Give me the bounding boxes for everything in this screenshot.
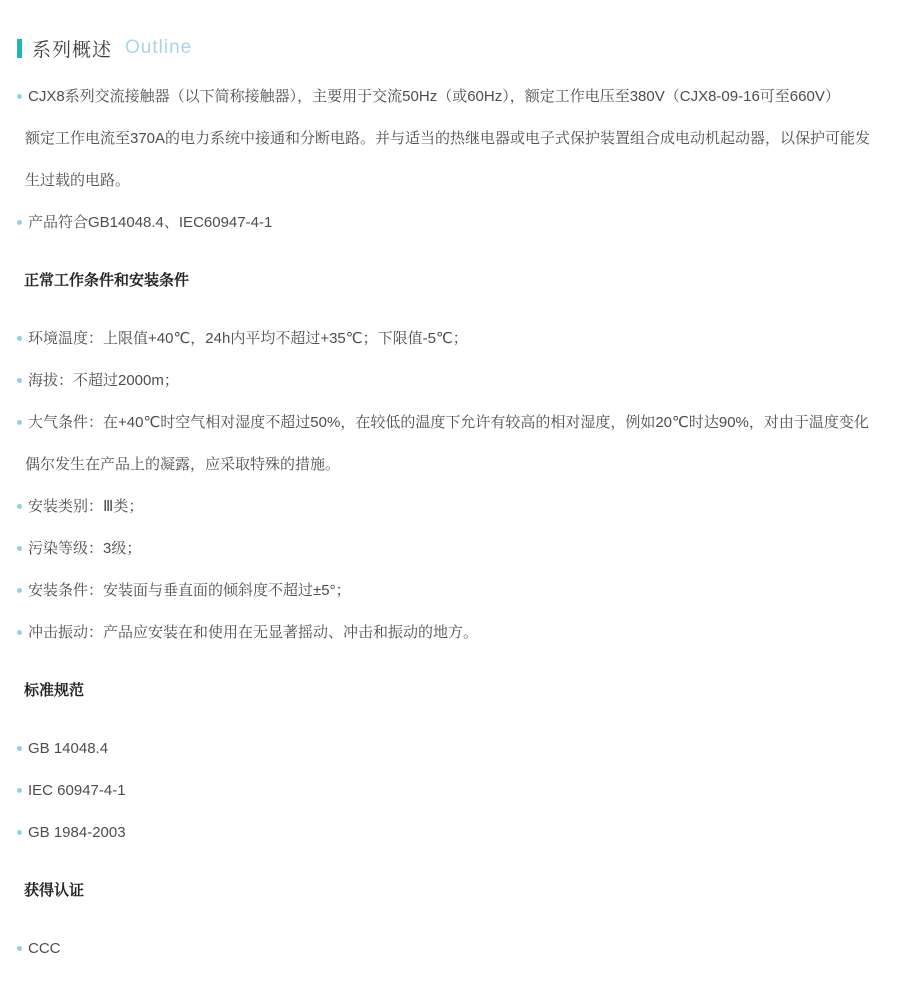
list-item: 冲击振动：产品应安装在和使用在无显著摇动、冲击和振动的地方。 — [0, 612, 900, 654]
list-item-text: 海拔：不超过2000m； — [28, 372, 179, 389]
section-heading: 正常工作条件和安装条件 — [0, 260, 900, 302]
list-item-text: CCC — [28, 940, 61, 957]
list-item-continuation: 偶尔发生在产品上的凝露，应采取特殊的措施。 — [0, 444, 900, 486]
list-item: GB 1984-2003 — [0, 812, 900, 854]
list-item: IEC 60947-4-1 — [0, 770, 900, 812]
list-item: 产品符合GB14048.4、IEC60947-4-1 — [0, 202, 900, 244]
section-standards: 标准规范 GB 14048.4 IEC 60947-4-1 GB 1984-20… — [0, 670, 900, 854]
list-item-continuation: 生过载的电路。 — [0, 160, 900, 202]
bullet-dot — [17, 746, 22, 751]
bullet-dot — [17, 788, 22, 793]
list-item-text: 大气条件：在+40℃时空气相对湿度不超过50%，在较低的温度下允许有较高的相对湿… — [28, 414, 869, 431]
bullet-dot — [17, 420, 22, 425]
list-item-text: GB 14048.4 — [28, 740, 108, 757]
bullet-dot — [17, 336, 22, 341]
list-item-text: 安装条件：安装面与垂直面的倾斜度不超过±5°； — [28, 582, 351, 599]
list-item-text: 环境温度：上限值+40℃，24h内平均不超过+35℃；下限值-5℃； — [28, 330, 468, 347]
list-item-text: 偶尔发生在产品上的凝露，应采取特殊的措施。 — [25, 456, 340, 473]
section-heading: 获得认证 — [0, 870, 900, 912]
section-certifications: 获得认证 CCC — [0, 870, 900, 970]
list-item: CCC — [0, 928, 900, 970]
section-heading: 标准规范 — [0, 670, 900, 712]
list-item: 大气条件：在+40℃时空气相对湿度不超过50%，在较低的温度下允许有较高的相对湿… — [0, 402, 900, 444]
list-item-text: 生过载的电路。 — [25, 172, 130, 189]
page-title: 系列概述 Outline — [0, 36, 900, 60]
list-item-text: CJX8系列交流接触器（以下简称接触器），主要用于交流50Hz（或60Hz），额… — [28, 88, 840, 105]
list-item: GB 14048.4 — [0, 728, 900, 770]
section-overview: CJX8系列交流接触器（以下简称接触器），主要用于交流50Hz（或60Hz），额… — [0, 76, 900, 244]
bullet-dot — [17, 94, 22, 99]
bullet-dot — [17, 504, 22, 509]
list-item-text: 污染等级：3级； — [28, 540, 141, 557]
page-title-en: Outline — [125, 37, 192, 59]
list-item-text: 冲击振动：产品应安装在和使用在无显著摇动、冲击和振动的地方。 — [28, 624, 478, 641]
list-item-text: GB 1984-2003 — [28, 824, 126, 841]
page-content: 系列概述 Outline CJX8系列交流接触器（以下简称接触器），主要用于交流… — [0, 0, 900, 970]
list-item: 海拔：不超过2000m； — [0, 360, 900, 402]
bullet-dot — [17, 378, 22, 383]
list-item: 环境温度：上限值+40℃，24h内平均不超过+35℃；下限值-5℃； — [0, 318, 900, 360]
list-item: 污染等级：3级； — [0, 528, 900, 570]
section-conditions: 正常工作条件和安装条件 环境温度：上限值+40℃，24h内平均不超过+35℃；下… — [0, 260, 900, 654]
bullet-dot — [17, 546, 22, 551]
bullet-dot — [17, 588, 22, 593]
title-accent-bar — [17, 39, 22, 58]
bullet-dot — [17, 220, 22, 225]
list-item: CJX8系列交流接触器（以下简称接触器），主要用于交流50Hz（或60Hz），额… — [0, 76, 900, 118]
bullet-dot — [17, 830, 22, 835]
bullet-dot — [17, 946, 22, 951]
list-item-text: 额定工作电流至370A的电力系统中接通和分断电路。并与适当的热继电器或电子式保护… — [25, 130, 870, 147]
list-item: 安装条件：安装面与垂直面的倾斜度不超过±5°； — [0, 570, 900, 612]
page-title-zh: 系列概述 — [32, 35, 112, 62]
list-item-text: 产品符合GB14048.4、IEC60947-4-1 — [28, 214, 272, 231]
list-item-text: 安装类别：Ⅲ类； — [28, 498, 143, 515]
list-item-continuation: 额定工作电流至370A的电力系统中接通和分断电路。并与适当的热继电器或电子式保护… — [0, 118, 900, 160]
list-item: 安装类别：Ⅲ类； — [0, 486, 900, 528]
bullet-dot — [17, 630, 22, 635]
list-item-text: IEC 60947-4-1 — [28, 782, 126, 799]
